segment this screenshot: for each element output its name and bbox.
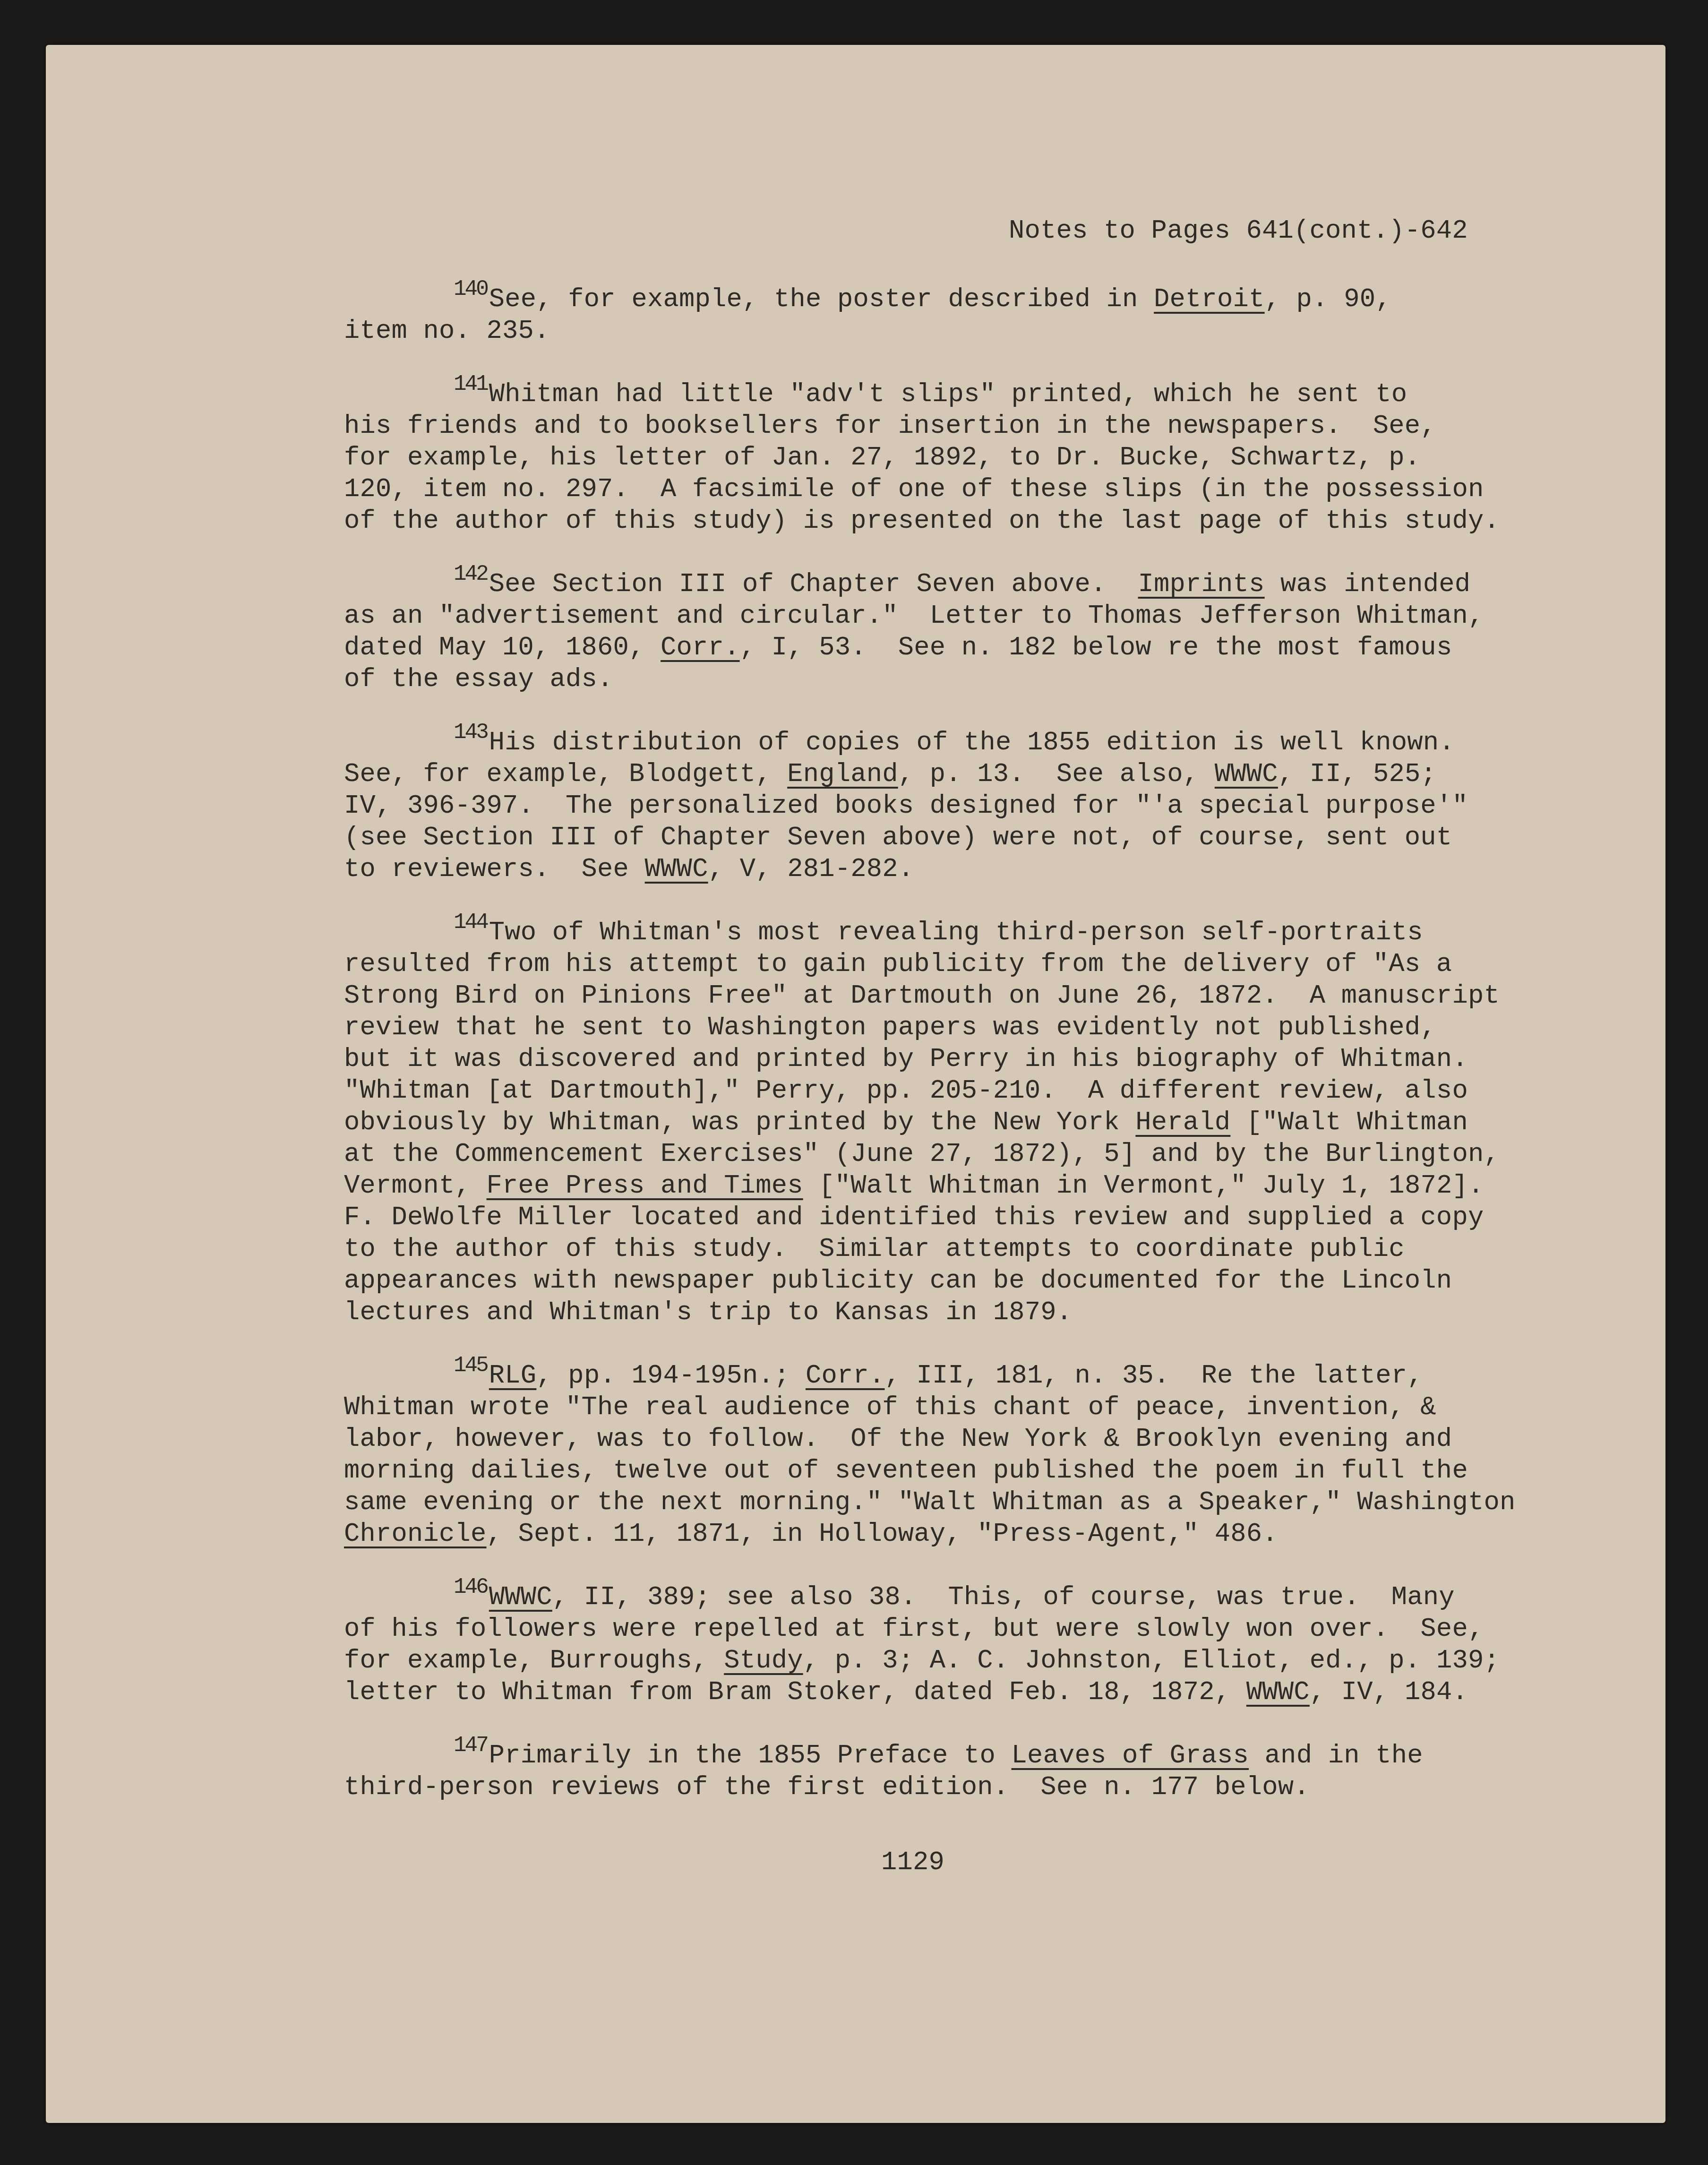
note-text: , p. 13. See also, [898,759,1215,789]
endnote-147: 147Primarily in the 1855 Preface to Leav… [344,1740,1515,1803]
endnote-line: IV, 396-397. The personalized books desi… [344,790,1515,822]
endnote-line: dated May 10, 1860, Corr., I, 53. See n.… [344,632,1515,663]
typescript-page: Notes to Pages 641(cont.)-642 140See, fo… [46,45,1665,2123]
endnote-line: 144Two of Whitman's most revealing third… [344,917,1515,948]
underlined-title: Corr. [661,633,740,662]
note-text: His distribution of copies of the 1855 e… [489,728,1455,757]
note-text: to the author of this study. Similar att… [344,1234,1405,1264]
endnote-line: appearances with newspaper publicity can… [344,1265,1515,1297]
underlined-title: WWWC [1246,1677,1310,1707]
note-text: lectures and Whitman's trip to Kansas in… [344,1297,1072,1327]
note-text: for example, Burroughs, [344,1646,724,1675]
endnote-line: "Whitman [at Dartmouth]," Perry, pp. 205… [344,1075,1515,1107]
note-text: at the Commencement Exercises" (June 27,… [344,1139,1500,1169]
endnote-line: to reviewers. See WWWC, V, 281-282. [344,853,1515,885]
note-text: Two of Whitman's most revealing third-pe… [489,918,1423,947]
footnote-number: 141 [454,372,487,396]
note-text: See, for example, the poster described i… [489,284,1154,314]
page-number: 1129 [881,1847,944,1878]
note-text: to reviewers. See [344,854,645,884]
footnote-number: 144 [454,910,487,935]
underlined-title: RLG [489,1361,537,1391]
endnote-line: Vermont, Free Press and Times ["Walt Whi… [344,1170,1515,1202]
endnote-line: Whitman wrote "The real audience of this… [344,1392,1515,1423]
note-text: third-person reviews of the first editio… [344,1772,1310,1802]
note-text: IV, 396-397. The personalized books desi… [344,791,1468,821]
endnote-line: of the essay ads. [344,663,1515,695]
endnote-line: 142See Section III of Chapter Seven abov… [344,568,1515,600]
underlined-title: WWWC [489,1582,552,1612]
note-text: F. DeWolfe Miller located and identified… [344,1203,1484,1232]
endnote-line: of his followers were repelled at first,… [344,1613,1515,1645]
footnote-number: 147 [454,1733,487,1758]
endnote-line: 147Primarily in the 1855 Preface to Leav… [344,1740,1515,1771]
endnote-line: of the author of this study) is presente… [344,505,1515,537]
endnote-line: but it was discovered and printed by Per… [344,1043,1515,1075]
endnote-141: 141Whitman had little "adv't slips" prin… [344,378,1515,537]
endnote-line: review that he sent to Washington papers… [344,1012,1515,1043]
endnote-line: 146WWWC, II, 389; see also 38. This, of … [344,1581,1515,1613]
footnote-number: 140 [454,277,487,301]
note-text: dated May 10, 1860, [344,633,661,662]
underlined-title: Chronicle [344,1519,487,1549]
underlined-title: Corr. [806,1361,885,1391]
note-text: item no. 235. [344,316,550,346]
note-text: of the author of this study) is presente… [344,506,1500,536]
endnote-line: as an "advertisement and circular." Lett… [344,600,1515,632]
note-text: , V, 281-282. [708,854,914,884]
note-text: review that he sent to Washington papers… [344,1013,1436,1042]
note-text: and in the [1249,1741,1423,1770]
note-text: for example, his letter of Jan. 27, 1892… [344,443,1420,473]
endnote-line: F. DeWolfe Miller located and identified… [344,1202,1515,1233]
endnote-line: 143His distribution of copies of the 185… [344,727,1515,758]
note-text: labor, however, was to follow. Of the Ne… [344,1424,1452,1454]
underlined-title: Detroit [1154,284,1265,314]
endnote-line: morning dailies, twelve out of seventeen… [344,1455,1515,1486]
note-text: , pp. 194-195n.; [536,1361,806,1391]
footnote-number: 146 [454,1575,487,1599]
underlined-title: Leaves of Grass [1012,1741,1249,1770]
note-text: ["Walt Whitman in Vermont," July 1, 1872… [803,1171,1484,1201]
endnote-line: lectures and Whitman's trip to Kansas in… [344,1297,1515,1328]
note-text: as an "advertisement and circular." Lett… [344,601,1484,631]
note-text: of his followers were repelled at first,… [344,1614,1484,1644]
note-text: same evening or the next morning." "Walt… [344,1487,1515,1517]
note-text: Whitman had little "adv't slips" printed… [489,379,1407,409]
running-header: Notes to Pages 641(cont.)-642 [1009,215,1468,247]
note-text: of the essay ads. [344,664,613,694]
note-text: was intended [1265,569,1471,599]
endnote-line: letter to Whitman from Bram Stoker, date… [344,1676,1515,1708]
note-text: morning dailies, twelve out of seventeen… [344,1456,1468,1486]
endnote-line: 145RLG, pp. 194-195n.; Corr., III, 181, … [344,1360,1515,1392]
endnote-line: 120, item no. 297. A facsimile of one of… [344,473,1515,505]
endnote-line: his friends and to booksellers for inser… [344,410,1515,442]
note-text: , Sept. 11, 1871, in Holloway, "Press-Ag… [487,1519,1278,1549]
endnote-line: at the Commencement Exercises" (June 27,… [344,1138,1515,1170]
note-text: , III, 181, n. 35. Re the latter, [884,1361,1423,1391]
endnote-line: to the author of this study. Similar att… [344,1233,1515,1265]
note-text: (see Section III of Chapter Seven above)… [344,823,1452,852]
note-text: resulted from his attempt to gain public… [344,949,1452,979]
endnote-145: 145RLG, pp. 194-195n.; Corr., III, 181, … [344,1360,1515,1550]
underlined-title: WWWC [1215,759,1278,789]
endnote-line: item no. 235. [344,315,1515,347]
endnote-line: for example, Burroughs, Study, p. 3; A. … [344,1645,1515,1676]
note-text: , II, 389; see also 38. This, of course,… [552,1582,1455,1612]
endnote-line: Strong Bird on Pinions Free" at Dartmout… [344,980,1515,1012]
endnote-line: same evening or the next morning." "Walt… [344,1486,1515,1518]
footnote-number: 145 [454,1353,487,1378]
endnote-line: resulted from his attempt to gain public… [344,948,1515,980]
note-text: ["Walt Whitman [1230,1108,1468,1137]
endnote-142: 142See Section III of Chapter Seven abov… [344,568,1515,695]
endnote-line: third-person reviews of the first editio… [344,1771,1515,1803]
endnote-line: 141Whitman had little "adv't slips" prin… [344,378,1515,410]
footnote-number: 142 [454,562,487,586]
note-text: Vermont, [344,1171,487,1201]
note-text: , p. 3; A. C. Johnston, Elliot, ed., p. … [803,1646,1500,1675]
endnote-144: 144Two of Whitman's most revealing third… [344,917,1515,1328]
note-text: , II, 525; [1278,759,1436,789]
note-text: See, for example, Blodgett, [344,759,787,789]
underlined-title: WWWC [645,854,708,884]
note-text: 120, item no. 297. A facsimile of one of… [344,474,1484,504]
endnote-140: 140See, for example, the poster describe… [344,284,1515,347]
endnote-line: See, for example, Blodgett, England, p. … [344,758,1515,790]
note-text: See Section III of Chapter Seven above. [489,569,1138,599]
underlined-title: Free Press and Times [487,1171,803,1201]
endnote-line: for example, his letter of Jan. 27, 1892… [344,442,1515,473]
note-text: but it was discovered and printed by Per… [344,1044,1468,1074]
note-text: , I, 53. See n. 182 below re the most fa… [740,633,1452,662]
endnote-line: labor, however, was to follow. Of the Ne… [344,1423,1515,1455]
endnote-146: 146WWWC, II, 389; see also 38. This, of … [344,1581,1515,1708]
underlined-title: Imprints [1138,569,1265,599]
footnote-number: 143 [454,720,487,745]
note-text: appearances with newspaper publicity can… [344,1266,1452,1296]
note-text: Whitman wrote "The real audience of this… [344,1392,1436,1422]
endnote-line: Chronicle, Sept. 11, 1871, in Holloway, … [344,1518,1515,1550]
underlined-title: Study [724,1646,803,1675]
endnote-143: 143His distribution of copies of the 185… [344,727,1515,885]
note-text: obviously by Whitman, was printed by the… [344,1108,1135,1137]
note-text: Strong Bird on Pinions Free" at Dartmout… [344,981,1500,1011]
underlined-title: Herald [1135,1108,1230,1137]
note-text: , IV, 184. [1310,1677,1468,1707]
endnote-line: 140See, for example, the poster describe… [344,284,1515,315]
underlined-title: England [787,759,898,789]
endnotes-list: 140See, for example, the poster describe… [344,284,1515,1835]
note-text: Primarily in the 1855 Preface to [489,1741,1012,1770]
note-text: his friends and to booksellers for inser… [344,411,1436,441]
endnote-line: (see Section III of Chapter Seven above)… [344,822,1515,853]
note-text: letter to Whitman from Bram Stoker, date… [344,1677,1246,1707]
note-text: , p. 90, [1265,284,1391,314]
note-text: "Whitman [at Dartmouth]," Perry, pp. 205… [344,1076,1468,1106]
endnote-line: obviously by Whitman, was printed by the… [344,1107,1515,1138]
